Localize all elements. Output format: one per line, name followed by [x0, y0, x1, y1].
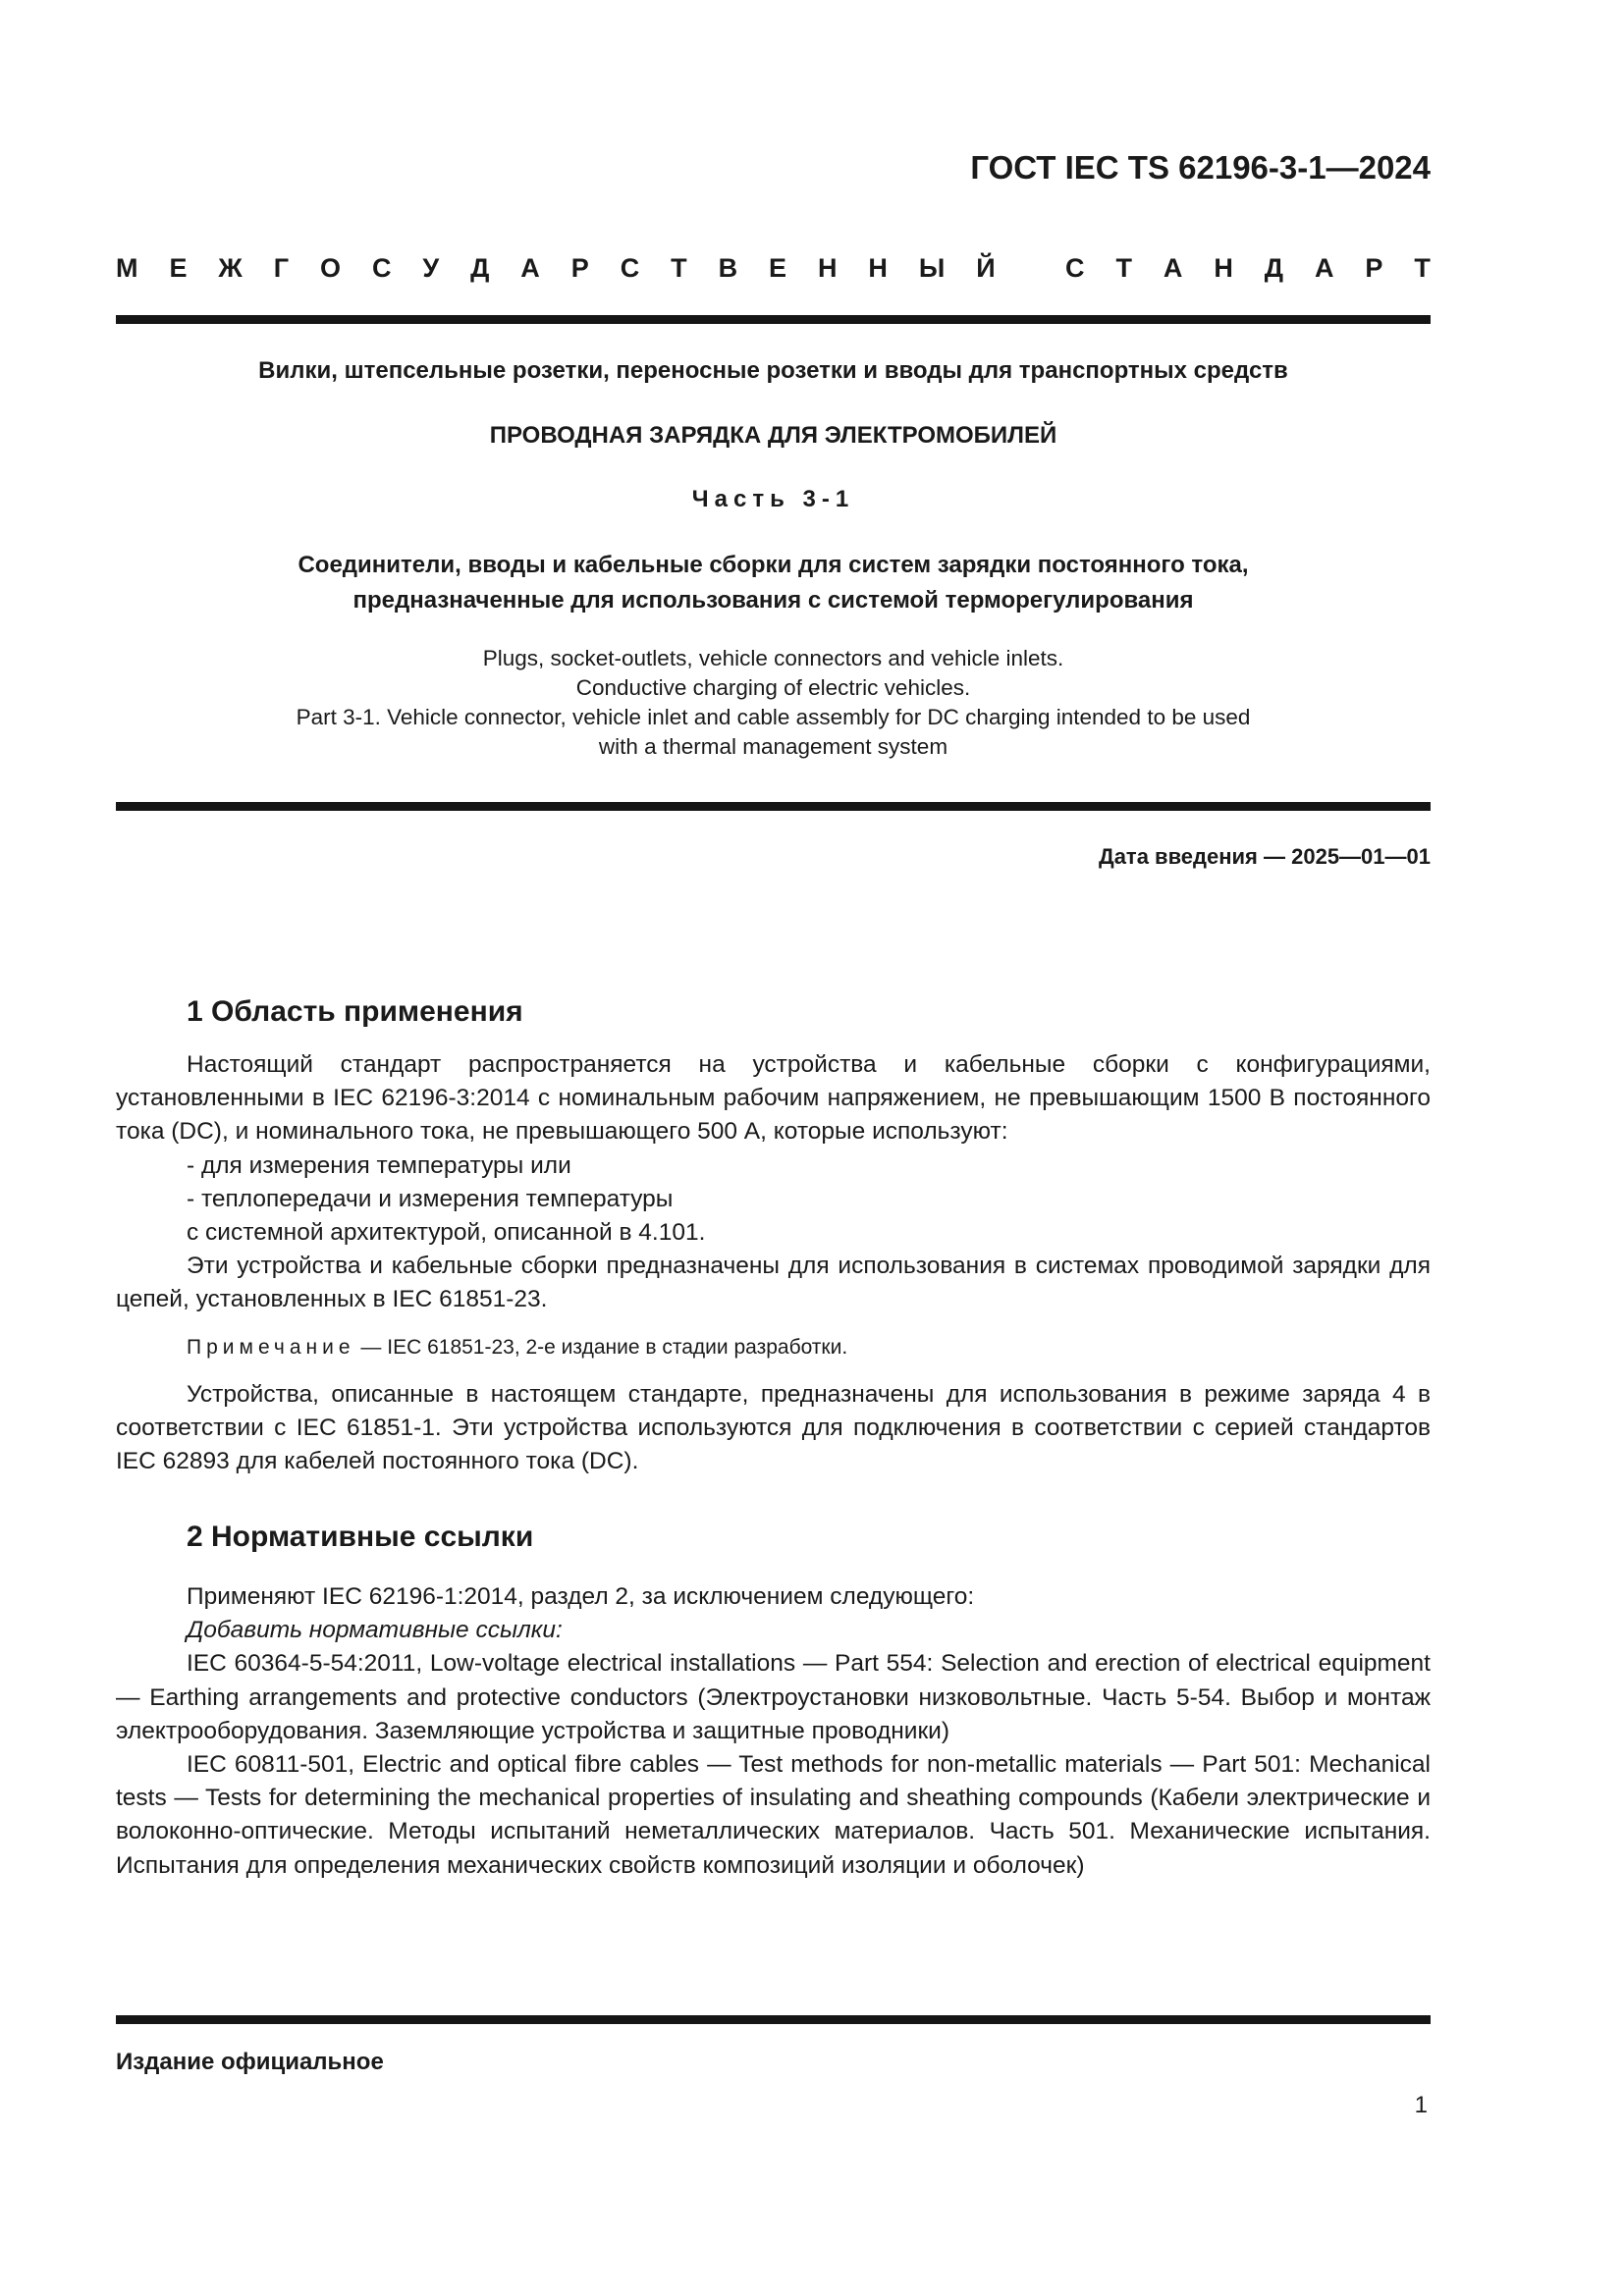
edition-label: Издание официальное: [116, 2049, 384, 2076]
title-english: Plugs, socket-outlets, vehicle connector…: [116, 644, 1431, 762]
title-subtitle: Соединители, вводы и кабельные сборки дл…: [116, 548, 1431, 618]
note-text: — IEC 61851-23, 2-е издание в стадии раз…: [360, 1336, 847, 1359]
footer-divider: [116, 2015, 1431, 2024]
standard-type-title: МЕЖГОСУДАРСТВЕННЫЙ СТАНДАРТ: [116, 253, 1431, 284]
introduction-date: Дата введения — 2025—01—01: [1099, 844, 1431, 870]
section-2-heading: 2 Нормативные ссылки: [187, 1521, 533, 1554]
scope-paragraph-2: Эти устройства и кабельные сборки предна…: [116, 1250, 1431, 1316]
english-title-line: with a thermal management system: [116, 732, 1431, 762]
list-item: - для измерения температуры или: [116, 1149, 1431, 1183]
list-item: - теплопередачи и измерения температуры: [116, 1183, 1431, 1216]
section-1-body: Настоящий стандарт распространяется на у…: [116, 1048, 1431, 1317]
section-2-body: Применяют IEC 62196-1:2014, раздел 2, за…: [116, 1580, 1431, 1883]
section-1-body-2: Устройства, описанные в настоящем станда…: [116, 1378, 1431, 1479]
note-label: Примечание: [187, 1336, 355, 1359]
title-part: Часть 3-1: [116, 486, 1431, 513]
scope-continuation: с системной архитектурой, описанной в 4.…: [116, 1216, 1431, 1250]
english-title-line: Part 3-1. Vehicle connector, vehicle inl…: [116, 703, 1431, 732]
top-divider: [116, 315, 1431, 324]
scope-paragraph-3: Устройства, описанные в настоящем станда…: [116, 1378, 1431, 1479]
references-intro: Применяют IEC 62196-1:2014, раздел 2, за…: [116, 1580, 1431, 1614]
subtitle-line: предназначенные для использования с сист…: [116, 583, 1431, 618]
title-series: Вилки, штепсельные розетки, переносные р…: [116, 357, 1431, 385]
title-main: ПРОВОДНАЯ ЗАРЯДКА ДЛЯ ЭЛЕКТРОМОБИЛЕЙ: [116, 422, 1431, 450]
reference-item: IEC 60364-5-54:2011, Low-voltage electri…: [116, 1647, 1431, 1748]
subtitle-line: Соединители, вводы и кабельные сборки дл…: [116, 548, 1431, 583]
title-divider: [116, 802, 1431, 811]
section-1-heading: 1 Область применения: [187, 995, 523, 1029]
note: Примечание — IEC 61851-23, 2-е издание в…: [187, 1336, 847, 1360]
standard-number: ГОСТ IEC TS 62196-3-1—2024: [970, 149, 1431, 187]
reference-item: IEC 60811-501, Electric and optical fibr…: [116, 1748, 1431, 1883]
scope-paragraph: Настоящий стандарт распространяется на у…: [116, 1048, 1431, 1149]
english-title-line: Conductive charging of electric vehicles…: [116, 673, 1431, 703]
page-number: 1: [1415, 2092, 1428, 2119]
english-title-line: Plugs, socket-outlets, vehicle connector…: [116, 644, 1431, 673]
references-add-label: Добавить нормативные ссылки:: [116, 1614, 1431, 1647]
